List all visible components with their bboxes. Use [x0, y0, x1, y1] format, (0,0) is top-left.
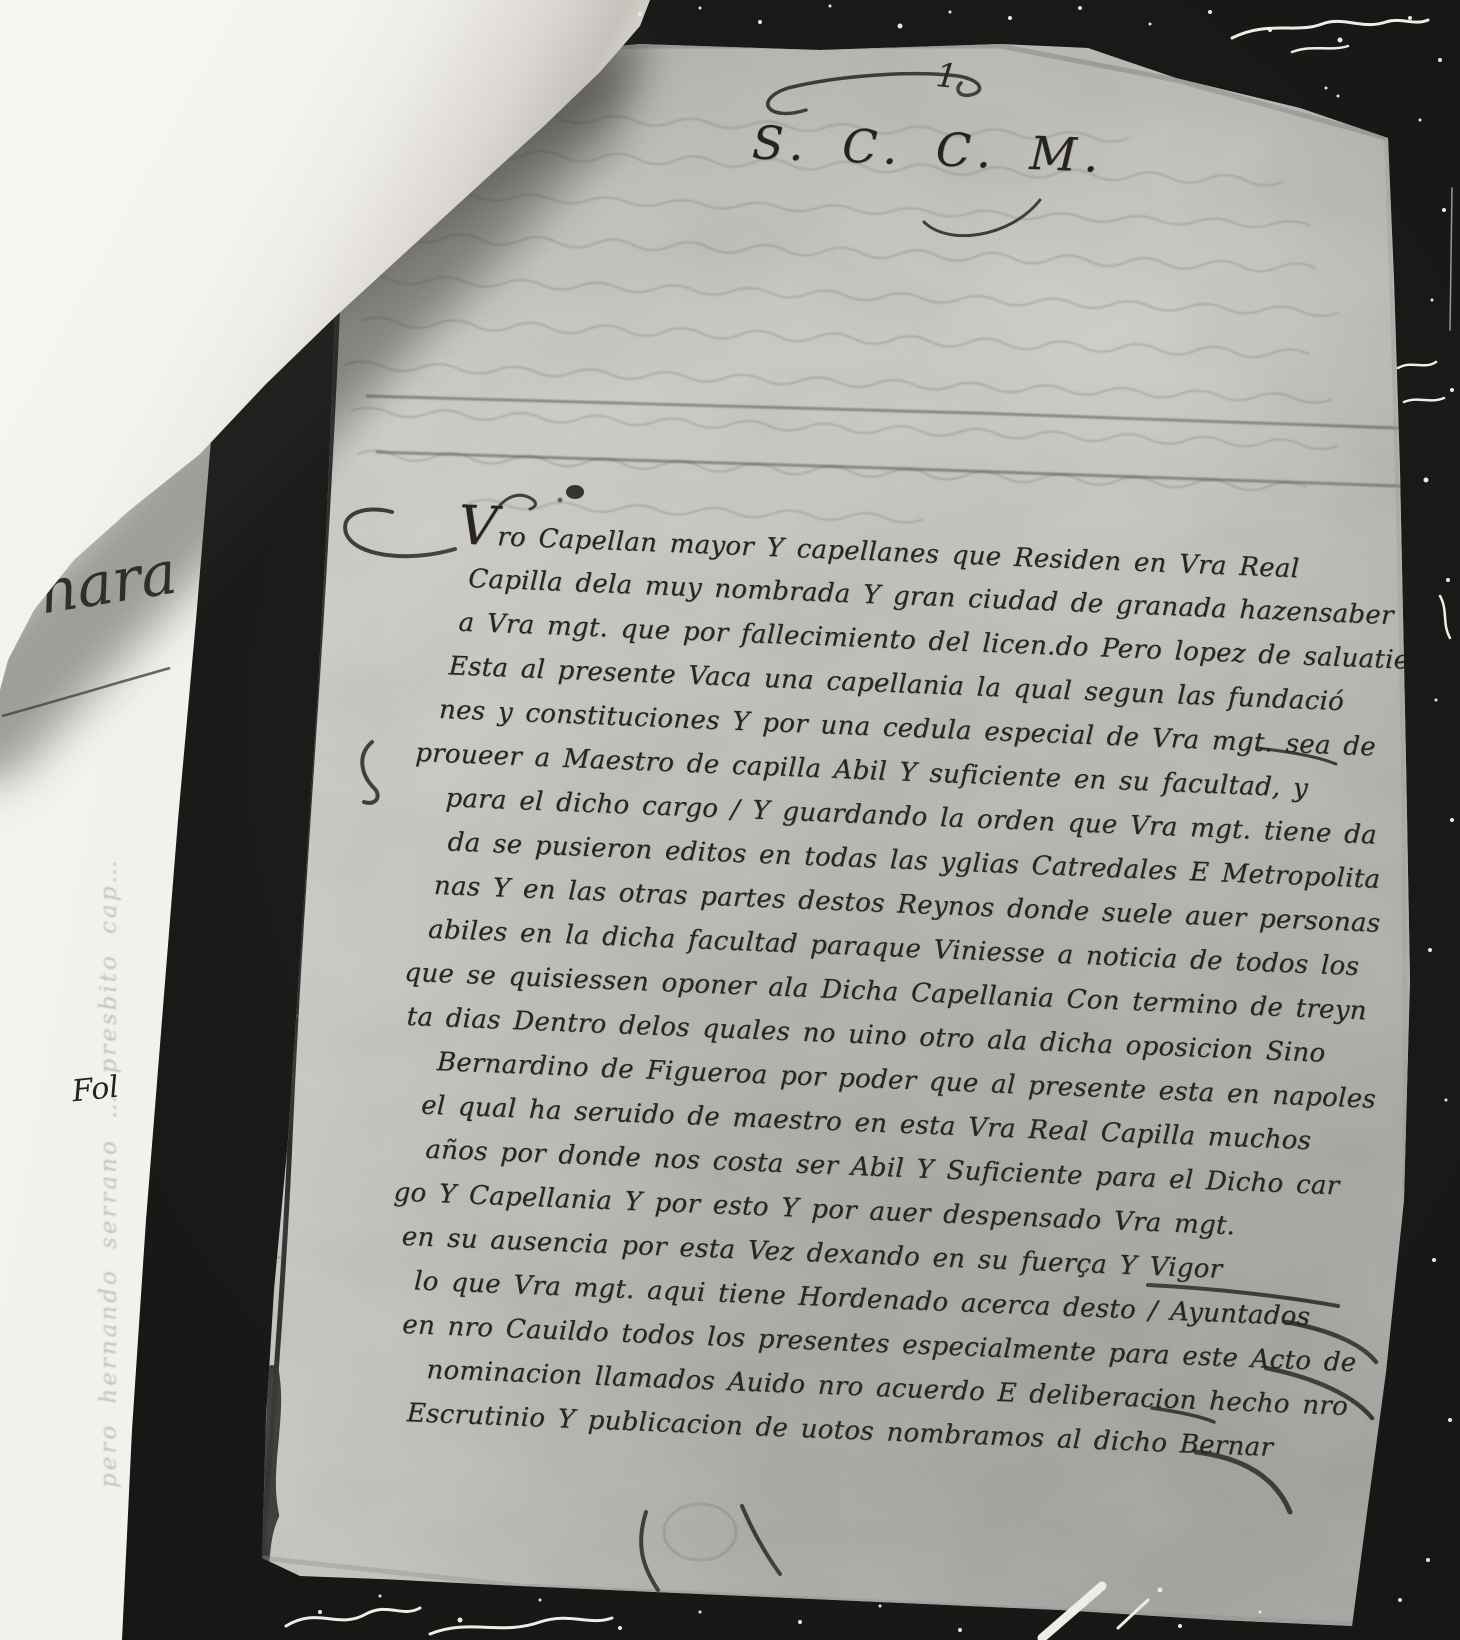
- manuscript-text-block: Vro Capellan mayor Y capellanes que Resi…: [408, 512, 1344, 1471]
- manuscript-photo-scene: 1 S. C. C. M. Vro Capellan mayor Y capel…: [0, 0, 1460, 1640]
- folio-number: 1: [934, 55, 959, 96]
- album-bleedthrough-text: pero hernando serrano … presbito cap…: [96, 588, 122, 1488]
